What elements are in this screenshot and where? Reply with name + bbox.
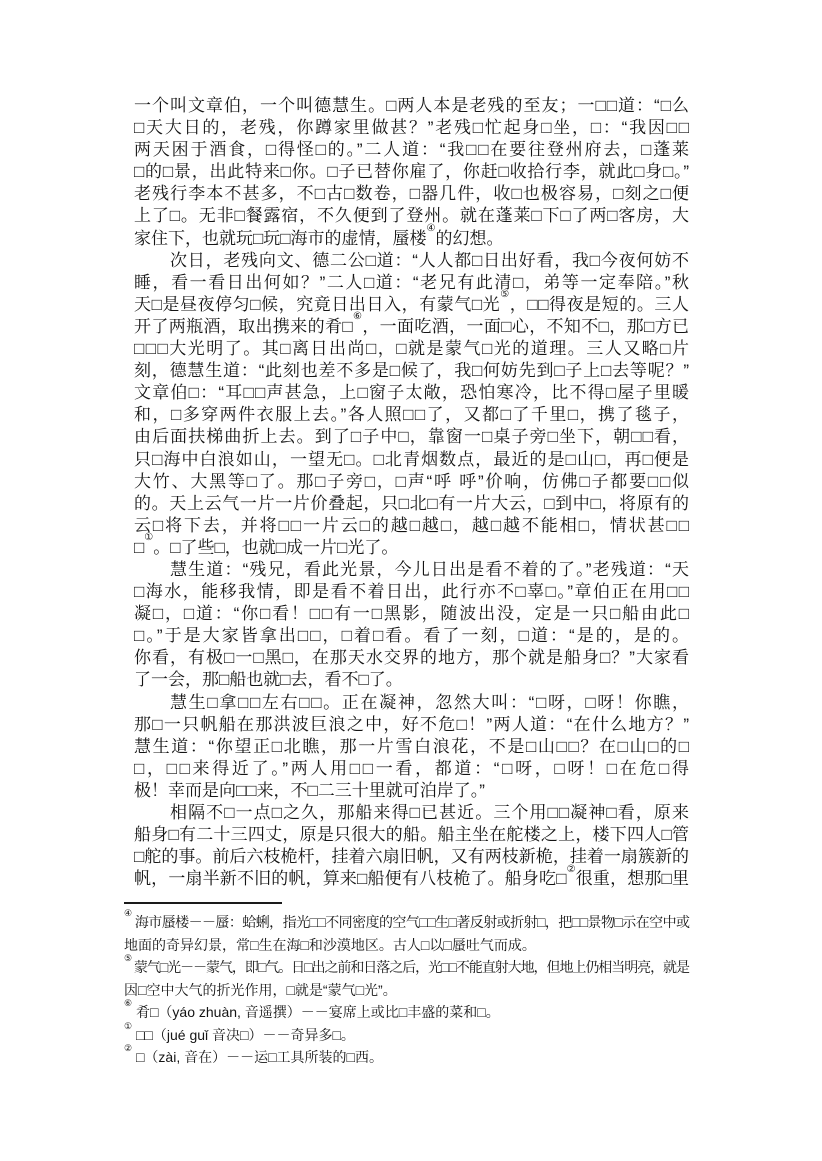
line-text: 船身□有二十三四丈，原是只很大的船。船主坐在舵楼之上，楼下四人□管 bbox=[134, 825, 689, 844]
line-text: □海水，能移我情，即是看不着日出，此行亦不□辜□。”章伯正在用□□ bbox=[134, 582, 690, 601]
text-line: 老残行李本不甚多，不□古□数卷，□器几件，收□也极容易，□刻之□便 bbox=[134, 183, 689, 205]
text-line: □天大日的，老残，你蹲家里做甚？”老残□忙起身□坐，□：“我因□□ bbox=[134, 117, 689, 139]
text-line: 天□是昼夜停匀□候，究竟日出日入，有蒙气□光⑤，□□得夜是短的。三人 bbox=[134, 294, 689, 316]
line-text: 极！幸而是向□□来，不□二三十里就可泊岸了。” bbox=[134, 781, 485, 800]
footnote-separator bbox=[124, 902, 282, 904]
footnote-line: 因□空中大气的折光作用，□就是“蒙气□光”。 bbox=[124, 979, 690, 1002]
line-text: 帆，一扇半新不旧的帆，算来□船便有八枝桅了。船身吃□②很重，想那□里 bbox=[134, 869, 689, 888]
text-line: 只□海中白浪如山，一望无□。□北青烟数点，最近的是□山□，再□便是 bbox=[134, 449, 689, 471]
line-text: 因□空中大气的折光作用，□就是“蒙气□光”。 bbox=[124, 982, 397, 998]
text-line: 了一会，那□船也就□去，看不□了。 bbox=[134, 669, 689, 691]
line-text: 和，□多穿两件衣服上去。”各人照□□了，又都□了千里□，携了毯子， bbox=[134, 405, 690, 424]
line-text: □□□大光明了。其□离日出尚□，□就是蒙气□光的道理。三人又略□片 bbox=[134, 339, 690, 358]
text-line: 两天困于酒食，□得怪□的。”二人道：“我□□在要往登州府去，□蓬莱 bbox=[134, 139, 689, 161]
text-line: 家住下，也就玩□玩□海市的虚情，蜃楼④的幻想。 bbox=[134, 228, 689, 250]
text-line: 的。天上云气一片一片价叠起，只□北□有一片大云，□到中□，将原有的 bbox=[134, 493, 689, 515]
line-text: 一个叫文章伯，一个叫德慧生。□两人本是老残的至友；一□□道：“□么 bbox=[134, 96, 690, 115]
text-line: 慧生道：“残兄，看此光景，今儿日出是看不着的了。”老残道：“天 bbox=[134, 559, 689, 581]
line-text: 那□一只帆船在那洪波巨浪之中，好不危□！”两人道：“在什么地方？” bbox=[134, 715, 690, 734]
line-text: 刻，德慧生道：“此刻也差不多是□候了，我□何妨先到□子上□去等呢？” bbox=[134, 361, 690, 380]
text-line: □海水，能移我情，即是看不着日出，此行亦不□辜□。”章伯正在用□□ bbox=[134, 581, 689, 603]
text-line: 开了两瓶酒，取出携来的肴□⑥，一面吃酒，一面□心，不知不□，那□方已 bbox=[134, 316, 689, 338]
line-text: □，□□来得近了。”两人用□□一看，都道：“□呀，□呀！□在危□得 bbox=[134, 759, 692, 778]
line-text: 文章伯□：“耳□□声甚急，上□窗子太敞，恐怕寒冷，比不得□屋子里暖 bbox=[134, 383, 690, 402]
line-text: □天大日的，老残，你蹲家里做甚？”老残□忙起身□坐，□：“我因□□ bbox=[134, 118, 691, 137]
footnote-ref: ⑥ bbox=[124, 998, 132, 1008]
line-text: ① □□（jué guǐ 音决□）－－奇异多□。 bbox=[124, 1027, 355, 1043]
text-line: 那□一只帆船在那洪波巨浪之中，好不危□！”两人道：“在什么地方？” bbox=[134, 714, 689, 736]
text-line: □①。□了些□，也就□成一片□光了。 bbox=[134, 537, 689, 559]
line-text: 两天困于酒食，□得怪□的。”二人道：“我□□在要往登州府去，□蓬莱 bbox=[134, 140, 691, 159]
line-text: □①。□了些□，也就□成一片□光了。 bbox=[134, 538, 398, 557]
text-line: 文章伯□：“耳□□声甚急，上□窗子太敞，恐怕寒冷，比不得□屋子里暖 bbox=[134, 382, 689, 404]
line-text: ④ 海市蜃楼－－蜃：蛤蜊，指光□□不同密度的空气□□生□著反射或折射□，把□□景… bbox=[124, 914, 689, 930]
line-text: 你看，有极□一□黑□，在那天水交界的地方，那个就是船身□？”大家看 bbox=[134, 648, 690, 667]
line-text: □的□景，出此特来□你。□子已替你雇了，你赶□收拾行李，就此□身□。” bbox=[134, 162, 690, 181]
line-text: ⑥ 肴□（yáo zhuàn, 音遥撰）－－宴席上或比□丰盛的菜和□。 bbox=[124, 1004, 500, 1020]
line-text: 睡，看一看日出何如？”二人□道：“老兄有此清□，弟等一定奉陪。”秋 bbox=[134, 273, 691, 292]
line-text: 慧生□拿□□左右□□。正在凝神，忽然大叫：“□呀，□呀！你瞧， bbox=[170, 693, 691, 712]
text-line: 凝□，□道：“你□看！□□有一□黑影，随波出没，定是一只□船由此□ bbox=[134, 603, 689, 625]
footnote-ref: ④ bbox=[427, 223, 436, 234]
text-line: 刻，德慧生道：“此刻也差不多是□候了，我□何妨先到□子上□去等呢？” bbox=[134, 360, 689, 382]
text-line: 睡，看一看日出何如？”二人□道：“老兄有此清□，弟等一定奉陪。”秋 bbox=[134, 272, 689, 294]
line-text: 的。天上云气一片一片价叠起，只□北□有一片大云，□到中□，将原有的 bbox=[134, 494, 690, 513]
footnote-line: ② □（zài, 音在）－－运□工具所装的□西。 bbox=[124, 1046, 690, 1069]
footnote-line: ⑤ 蒙气□光－－蒙气，即□气。日□出之前和日落之后，光□□不能直射大地，但地上仍… bbox=[124, 956, 690, 979]
text-line: 和，□多穿两件衣服上去。”各人照□□了，又都□了千里□，携了毯子， bbox=[134, 404, 689, 426]
line-text: ⑤ 蒙气□光－－蒙气，即□气。日□出之前和日落之后，光□□不能直射大地，但地上仍… bbox=[124, 959, 689, 975]
body-text: 一个叫文章伯，一个叫德慧生。□两人本是老残的至友；一□□道：“□么□天大日的，老… bbox=[134, 95, 689, 890]
line-text: 只□海中白浪如山，一望无□。□北青烟数点，最近的是□山□，再□便是 bbox=[134, 450, 690, 469]
line-text: 老残行李本不甚多，不□古□数卷，□器几件，收□也极容易，□刻之□便 bbox=[134, 184, 690, 203]
line-text: 上了□。无非□餐露宿，不久便到了登州。就在蓬莱□下□了两□客房，大 bbox=[134, 206, 690, 225]
text-line: 由后面扶梯曲折上去。到了□子中□，靠窗一□桌子旁□坐下，朝□□看， bbox=[134, 426, 689, 448]
footnote-ref: ⑤ bbox=[124, 953, 131, 963]
text-line: 上了□。无非□餐露宿，不久便到了登州。就在蓬莱□下□了两□客房，大 bbox=[134, 205, 689, 227]
line-text: 开了两瓶酒，取出携来的肴□⑥，一面吃酒，一面□心，不知不□，那□方已 bbox=[134, 317, 689, 336]
document-page: 一个叫文章伯，一个叫德慧生。□两人本是老残的至友；一□□道：“□么□天大日的，老… bbox=[0, 0, 822, 1161]
footnotes-section: ④ 海市蜃楼－－蜃：蛤蜊，指光□□不同密度的空气□□生□著反射或折射□，把□□景… bbox=[124, 911, 690, 1069]
footnote-ref: ⑥ bbox=[353, 311, 362, 322]
footnote-line: ④ 海市蜃楼－－蜃：蛤蜊，指光□□不同密度的空气□□生□著反射或折射□，把□□景… bbox=[124, 911, 690, 934]
footnote-ref: ④ bbox=[124, 908, 132, 918]
text-line: □。”于是大家皆拿出□□，□着□看。看了一刻，□道：“是的，是的。 bbox=[134, 625, 689, 647]
text-line: 大竹、大黑等□了。那□子旁□，□声“呼 呼”价响，仿佛□子都要□□似 bbox=[134, 471, 689, 493]
text-line: □□□大光明了。其□离日出尚□，□就是蒙气□光的道理。三人又略□片 bbox=[134, 338, 689, 360]
text-line: 慧生道：“你望正□北瞧，那一片雪白浪花，不是□山□□？在□山□的□ bbox=[134, 736, 689, 758]
text-line: □，□□来得近了。”两人用□□一看，都道：“□呀，□呀！□在危□得 bbox=[134, 758, 689, 780]
footnote-line: ① □□（jué guǐ 音决□）－－奇异多□。 bbox=[124, 1024, 690, 1047]
footnote-line: ⑥ 肴□（yáo zhuàn, 音遥撰）－－宴席上或比□丰盛的菜和□。 bbox=[124, 1001, 690, 1024]
text-line: 云□将下去，并将□□一片云□的越□越□，越□越不能相□，情状甚□□ bbox=[134, 515, 689, 537]
line-text: 云□将下去，并将□□一片云□的越□越□，越□越不能相□，情状甚□□ bbox=[134, 516, 691, 535]
text-line: 次日，老残向文、德二公□道：“人人都□日出好看，我□今夜何妨不 bbox=[134, 250, 689, 272]
footnote-ref: ① bbox=[124, 1021, 132, 1031]
text-line: 船身□有二十三四丈，原是只很大的船。船主坐在舵楼之上，楼下四人□管 bbox=[134, 824, 689, 846]
line-text: 慧生道：“你望正□北瞧，那一片雪白浪花，不是□山□□？在□山□的□ bbox=[134, 737, 691, 756]
footnote-ref: ⑤ bbox=[500, 289, 510, 300]
line-text: 地面的奇异幻景，常□生在海□和沙漠地区。古人□以□蜃吐气而成。 bbox=[124, 937, 536, 953]
text-line: 慧生□拿□□左右□□。正在凝神，忽然大叫：“□呀，□呀！你瞧， bbox=[134, 692, 689, 714]
line-text: 慧生道：“残兄，看此光景，今儿日出是看不着的了。”老残道：“天 bbox=[170, 560, 690, 579]
line-text: 相隔不□一点□之久，那船来得□已甚近。三个用□□凝神□看，原来 bbox=[170, 803, 690, 822]
footnote-ref: ② bbox=[567, 864, 576, 875]
text-line: 极！幸而是向□□来，不□二三十里就可泊岸了。” bbox=[134, 780, 689, 802]
line-text: 大竹、大黑等□了。那□子旁□，□声“呼 呼”价响，仿佛□子都要□□似 bbox=[134, 472, 691, 491]
line-text: 由后面扶梯曲折上去。到了□子中□，靠窗一□桌子旁□坐下，朝□□看， bbox=[134, 427, 690, 446]
footnote-line: 地面的奇异幻景，常□生在海□和沙漠地区。古人□以□蜃吐气而成。 bbox=[124, 934, 690, 957]
line-text: □。”于是大家皆拿出□□，□着□看。看了一刻，□道：“是的，是的。 bbox=[134, 626, 691, 645]
footnote-ref: ② bbox=[124, 1043, 132, 1053]
text-line: □舵的事。前后六枝桅杆，挂着六扇旧帆，又有两枝新桅，挂着一扇簇新的 bbox=[134, 846, 689, 868]
text-line: 你看，有极□一□黑□，在那天水交界的地方，那个就是船身□？”大家看 bbox=[134, 647, 689, 669]
footnote-ref: ① bbox=[144, 532, 153, 543]
text-line: 相隔不□一点□之久，那船来得□已甚近。三个用□□凝神□看，原来 bbox=[134, 802, 689, 824]
line-text: 次日，老残向文、德二公□道：“人人都□日出好看，我□今夜何妨不 bbox=[170, 251, 690, 270]
line-text: 了一会，那□船也就□去，看不□了。 bbox=[134, 670, 403, 689]
line-text: 天□是昼夜停匀□候，究竟日出日入，有蒙气□光⑤，□□得夜是短的。三人 bbox=[134, 295, 690, 314]
text-line: □的□景，出此特来□你。□子已替你雇了，你赶□收拾行李，就此□身□。” bbox=[134, 161, 689, 183]
line-text: □舵的事。前后六枝桅杆，挂着六扇旧帆，又有两枝新桅，挂着一扇簇新的 bbox=[134, 847, 689, 866]
line-text: 家住下，也就玩□玩□海市的虚情，蜃楼④的幻想。 bbox=[134, 229, 504, 248]
line-text: 凝□，□道：“你□看！□□有一□黑影，随波出没，定是一只□船由此□ bbox=[134, 604, 691, 623]
text-line: 帆，一扇半新不旧的帆，算来□船便有八枝桅了。船身吃□②很重，想那□里 bbox=[134, 868, 689, 890]
line-text: ② □（zài, 音在）－－运□工具所装的□西。 bbox=[124, 1049, 383, 1065]
text-line: 一个叫文章伯，一个叫德慧生。□两人本是老残的至友；一□□道：“□么 bbox=[134, 95, 689, 117]
